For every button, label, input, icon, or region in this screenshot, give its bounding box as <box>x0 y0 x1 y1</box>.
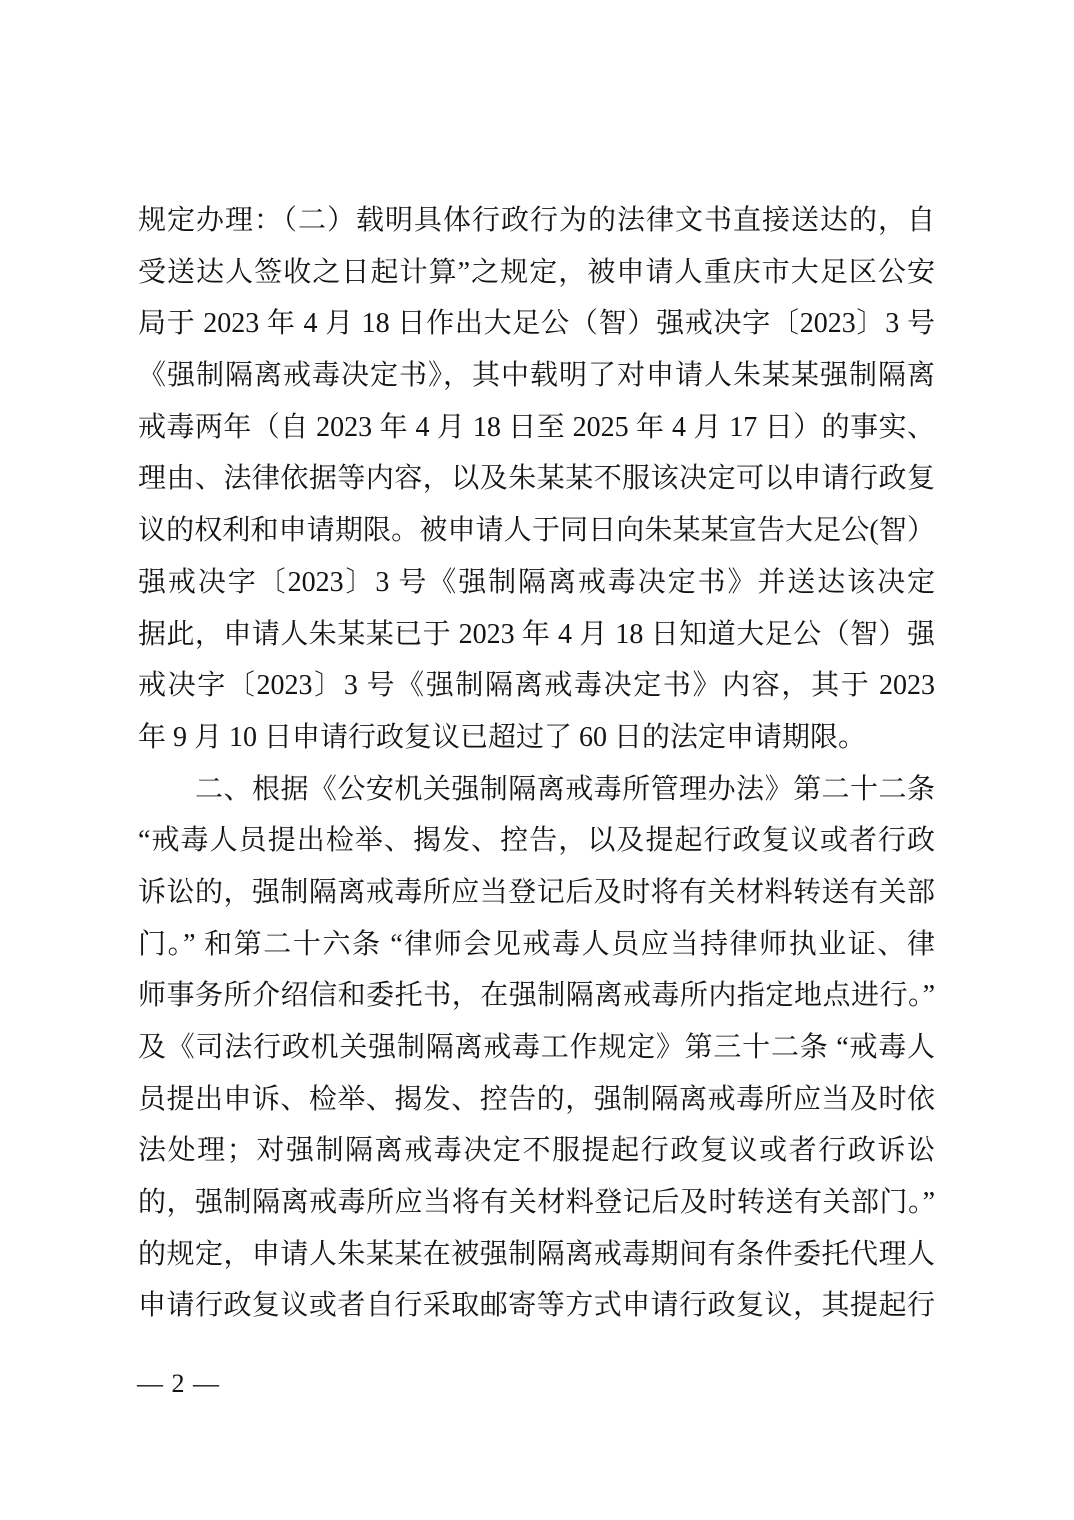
document-page: 规定办理：（二）载明具体行政行为的法律文书直接送达的，自受送达人签收之日起计算”… <box>0 0 1074 1520</box>
body-line: 戒毒两年（自 2023 年 4 月 18 日至 2025 年 4 月 17 日）… <box>138 402 935 454</box>
body-line: 的规定，申请人朱某某在被强制隔离戒毒期间有条件委托代理人 <box>138 1229 935 1281</box>
body-line: 据此，申请人朱某某已于 2023 年 4 月 18 日知道大足公（智）强 <box>138 609 935 661</box>
body-line: 申请行政复议或者自行采取邮寄等方式申请行政复议，其提起行 <box>138 1280 935 1332</box>
body-line: 局于 2023 年 4 月 18 日作出大足公（智）强戒决字〔2023〕3 号 <box>138 298 935 350</box>
body-line: 议的权利和申请期限。被申请人于同日向朱某某宣告大足公(智） <box>138 505 935 557</box>
body-line: 诉讼的，强制隔离戒毒所应当登记后及时将有关材料转送有关部 <box>138 867 935 919</box>
body-line: 规定办理：（二）载明具体行政行为的法律文书直接送达的，自 <box>138 195 935 247</box>
body-line: 强戒决字〔2023〕3 号《强制隔离戒毒决定书》并送达该决定书。 <box>138 557 935 609</box>
body-line: 师事务所介绍信和委托书，在强制隔离戒毒所内指定地点进行。” <box>138 970 935 1022</box>
body-line: 《强制隔离戒毒决定书》，其中载明了对申请人朱某某强制隔离 <box>138 350 935 402</box>
body-line: 及《司法行政机关强制隔离戒毒工作规定》第三十二条 “戒毒人 <box>138 1022 935 1074</box>
body-line: 法处理；对强制隔离戒毒决定不服提起行政复议或者行政诉讼 <box>138 1125 935 1177</box>
body-line: “戒毒人员提出检举、揭发、控告，以及提起行政复议或者行政 <box>138 815 935 867</box>
body-line: 的，强制隔离戒毒所应当将有关材料登记后及时转送有关部门。” <box>138 1177 935 1229</box>
document-body: 规定办理：（二）载明具体行政行为的法律文书直接送达的，自受送达人签收之日起计算”… <box>138 195 935 1332</box>
page-number: — 2 — <box>137 1368 220 1400</box>
body-line: 二、根据《公安机关强制隔离戒毒所管理办法》第二十二条 <box>138 764 935 816</box>
body-line: 门。” 和第二十六条 “律师会见戒毒人员应当持律师执业证、律 <box>138 919 935 971</box>
body-line: 年 9 月 10 日申请行政复议已超过了 60 日的法定申请期限。 <box>138 712 935 764</box>
body-line: 戒决字〔2023〕3 号《强制隔离戒毒决定书》内容，其于 2023 <box>138 660 935 712</box>
body-line: 受送达人签收之日起计算”之规定，被申请人重庆市大足区公安 <box>138 247 935 299</box>
body-line: 员提出申诉、检举、揭发、控告的，强制隔离戒毒所应当及时依 <box>138 1074 935 1126</box>
body-line: 理由、法律依据等内容，以及朱某某不服该决定可以申请行政复 <box>138 453 935 505</box>
